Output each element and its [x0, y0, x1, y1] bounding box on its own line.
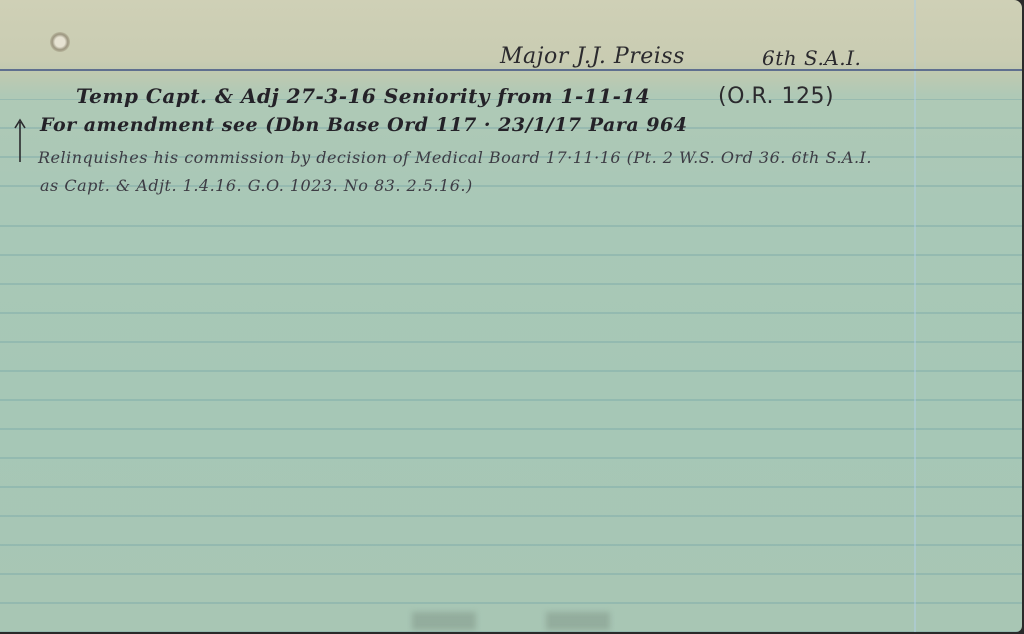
- entry-relinquishes-cont: as Capt. & Adjt. 1.4.16. G.O. 1023. No 8…: [40, 176, 473, 195]
- entry-relinquishes: Relinquishes his commission by decision …: [38, 148, 872, 167]
- scan-shadow: [412, 612, 476, 630]
- punch-hole: [50, 32, 70, 52]
- entry-appointment-reference: (O.R. 125): [718, 84, 834, 109]
- arrow-up-icon: [14, 118, 26, 162]
- entry-amendment: For amendment see (Dbn Base Ord 117 · 23…: [40, 114, 687, 136]
- header-name-rank: Major J.J. Preiss: [500, 44, 685, 69]
- header-unit: 6th S.A.I.: [762, 46, 861, 70]
- entry-appointment: Temp Capt. & Adj 27-3-16 Seniority from …: [76, 84, 650, 108]
- record-card: Major J.J. Preiss 6th S.A.I. Temp Capt. …: [0, 0, 1022, 632]
- scan-shadow: [546, 612, 610, 630]
- margin-rule: [914, 0, 916, 632]
- header-rule: [0, 69, 1022, 71]
